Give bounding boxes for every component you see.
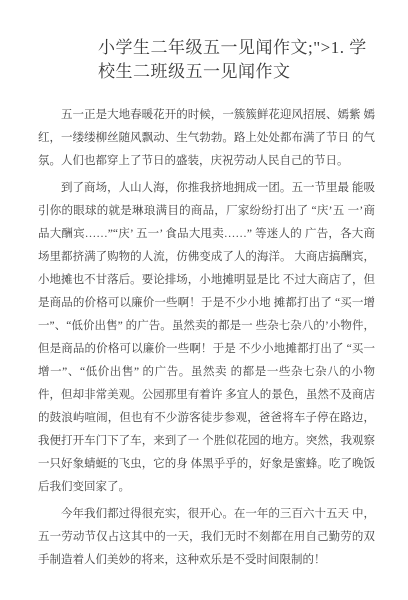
article-body: 五一正是大地春暖花开的时候，一簇簇鲜花迎风招展、嫣紫 嫣红，一缕缕柳丝随风飘动、… [38, 104, 375, 572]
paragraph-1: 五一正是大地春暖花开的时候，一簇簇鲜花迎风招展、嫣紫 嫣红，一缕缕柳丝随风飘动、… [38, 104, 375, 173]
article-title: 小学生二年级五一见闻作文;">1. 学校生二班级五一见闻作文 [98, 36, 380, 84]
paragraph-2: 到了商场，人山人海，你推我挤地拥成一团。五一节里最 能吸引你的眼球的就是琳琅满目… [38, 177, 375, 499]
paragraph-3: 今年我们都过得很充实，很开心。在一年的三百六十五天 中，五一劳动节仅占这其中的一… [38, 503, 375, 572]
document-page: 小学生二年级五一见闻作文;">1. 学校生二班级五一见闻作文 五一正是大地春暖花… [0, 0, 408, 600]
